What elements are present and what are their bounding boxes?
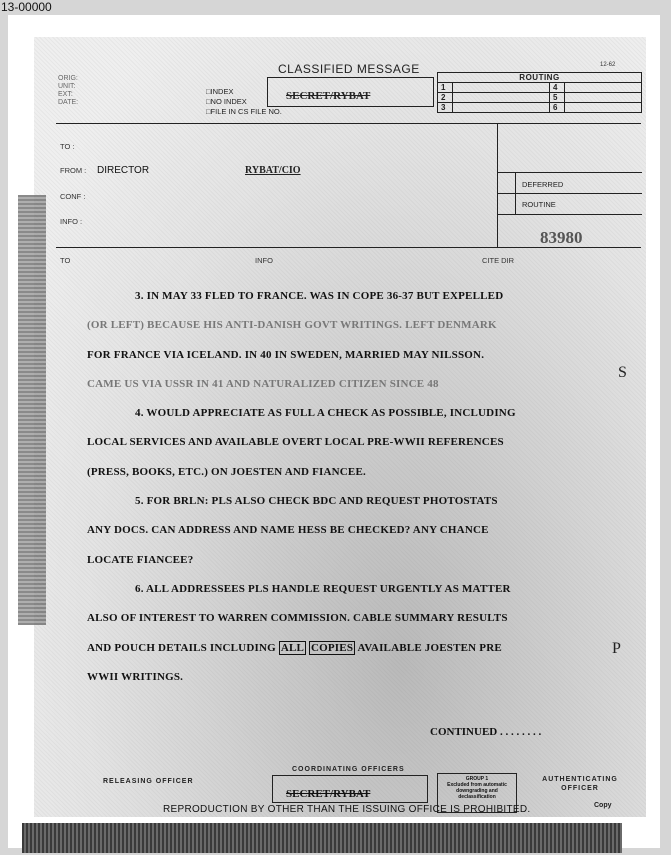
routing-slot: 5 [550,93,565,103]
routing-table: ROUTING 1 4 2 5 3 6 [437,72,642,113]
precedence-deferred: DEFERRED [522,180,563,189]
from-label: FROM : [60,166,86,175]
group-line: declassification [438,794,516,800]
from-value: DIRECTOR [97,165,149,176]
boxed-word-all: ALL [279,641,306,655]
precedence-border [497,123,498,248]
bottom-info-label: INFO [255,256,273,265]
body-line: 4. WOULD APPRECIATE AS FULL A CHECK AS P… [87,399,632,428]
body-line: (PRESS, BOOKS, ETC.) ON JOESTEN AND FIAN… [87,458,632,487]
cite-dir-label: CITE DIR [482,256,514,265]
address-divider [56,247,641,248]
form-code: 12-62 [600,62,615,68]
form-title: CLASSIFIED MESSAGE [278,62,420,76]
routing-slot: 4 [550,83,565,93]
header-left-labels: ORIG: UNIT: EXT: DATE: [58,75,78,107]
body-line: 3. IN MAY 33 FLED TO FRANCE. WAS IN COPE… [87,282,632,311]
date-label: DATE: [58,99,78,107]
reproduction-notice: REPRODUCTION BY OTHER THAN THE ISSUING O… [163,804,531,815]
releasing-officer-label: RELEASING OFFICER [103,778,194,785]
ext-label: EXT: [58,91,78,99]
body-line: CAME US VIA USSR IN 41 AND NATURALIZED C… [87,370,632,399]
footer-classification-stamp: SECRET/RYBAT [286,788,370,800]
precedence-line [497,172,642,173]
info-label: INFO : [60,217,82,226]
authenticating-officer-label: AUTHENTICATING OFFICER [540,775,620,793]
body-line: WWII WRITINGS. [87,663,632,692]
to-label: TO : [60,142,74,151]
routing-slot: 2 [438,93,453,103]
index-checkbox: INDEX [206,87,282,97]
scan-edge-left [18,195,46,625]
body-line: ANY DOCS. CAN ADDRESS AND NAME HESS BE C… [87,516,632,545]
precedence-line [497,214,642,215]
body-line: LOCATE FIANCEE? [87,546,632,575]
copy-label: Copy [594,802,612,809]
bottom-to-label: TO [60,256,70,265]
routing-label: ROUTING [438,73,642,83]
orig-label: ORIG: [58,75,78,83]
routing-slot: 1 [438,83,453,93]
body-line: FOR FRANCE VIA ICELAND. IN 40 IN SWEDEN,… [87,341,632,370]
body-line: ALSO OF INTEREST TO WARREN COMMISSION. C… [87,604,632,633]
precedence-line [497,193,642,194]
no-index-checkbox: NO INDEX [206,97,282,107]
boxed-word-copies: COPIES [309,641,355,655]
coordinating-officers-label: COORDINATING OFFICERS [292,766,405,773]
handwritten-margin-mark: P [612,640,621,658]
body-line: (OR LEFT) BECAUSE HIS ANTI-DANISH GOVT W… [87,311,632,340]
body-line: LOCAL SERVICES AND AVAILABLE OVERT LOCAL… [87,428,632,457]
redacted-from-detail: RYBAT/CIO [245,165,301,176]
message-body: 3. IN MAY 33 FLED TO FRANCE. WAS IN COPE… [87,282,632,692]
body-text-segment: AVAILABLE JOESTEN PRE [355,642,502,654]
header-divider [56,123,641,124]
document-id: 13-00000 [1,0,52,14]
body-line: AND POUCH DETAILS INCLUDING ALL COPIES A… [87,634,632,663]
body-text-segment: AND POUCH DETAILS INCLUDING [87,642,279,654]
routing-slot: 3 [438,103,453,113]
precedence-routine: ROUTINE [522,200,556,209]
scan-edge-bottom [22,823,622,853]
unit-label: UNIT: [58,83,78,91]
body-line: 6. ALL ADDRESSEES PLS HANDLE REQUEST URG… [87,575,632,604]
precedence-line [515,172,516,214]
routing-slot: 6 [550,103,565,113]
body-line: 5. FOR BRLN: PLS ALSO CHECK BDC AND REQU… [87,487,632,516]
file-in-cs-checkbox: FILE IN CS FILE NO. [206,107,282,117]
handwritten-margin-mark: S [618,364,627,382]
conf-label: CONF : [60,192,85,201]
index-options: INDEX NO INDEX FILE IN CS FILE NO. [206,87,282,117]
continued-marker: CONTINUED . . . . . . . . [430,726,541,738]
cable-number: 83980 [540,228,583,248]
classification-stamp: SECRET/RYBAT [286,90,370,102]
